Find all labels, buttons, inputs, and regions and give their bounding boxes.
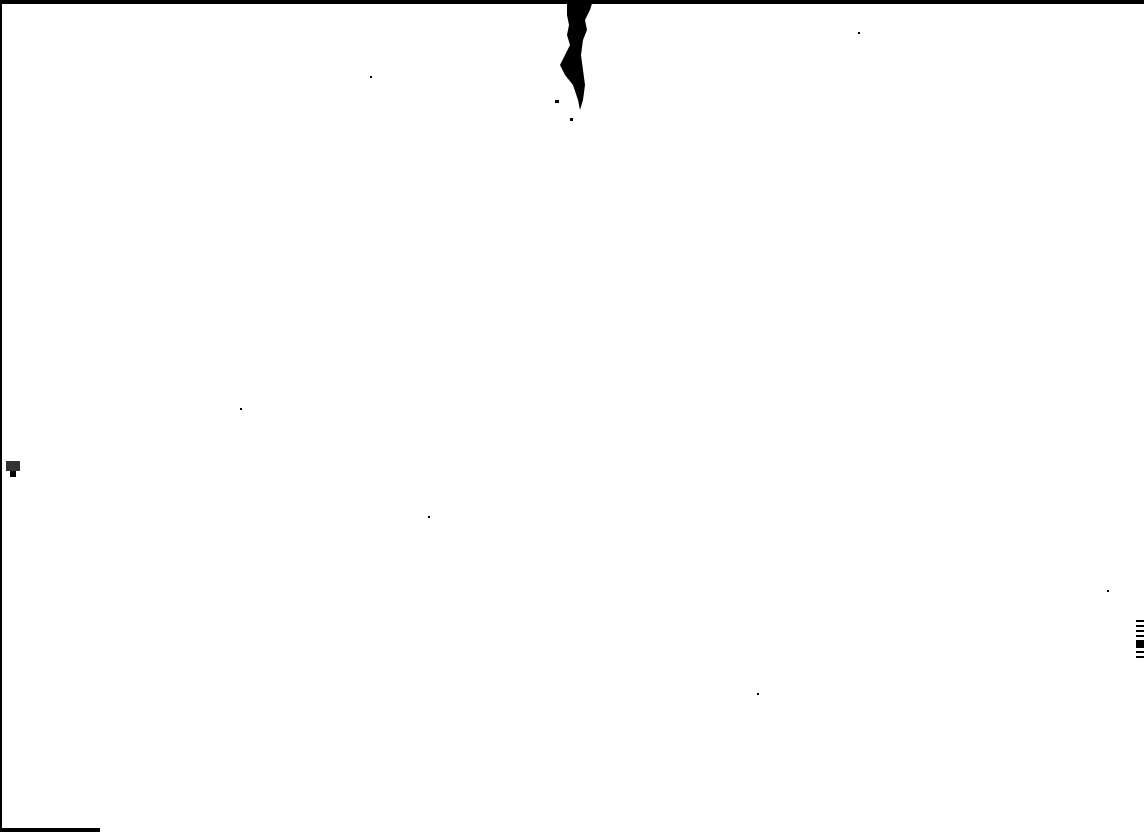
speck (428, 516, 430, 518)
speck (757, 693, 759, 695)
speck (858, 32, 860, 34)
smudge (2, 455, 30, 485)
left-edge (0, 0, 2, 832)
speck (370, 76, 372, 78)
speck (1107, 590, 1109, 592)
speck (240, 408, 242, 410)
edge-marks (1136, 620, 1144, 661)
bottom-edge (0, 828, 100, 832)
scanned-page (0, 0, 1144, 832)
tear-mark (545, 0, 605, 130)
